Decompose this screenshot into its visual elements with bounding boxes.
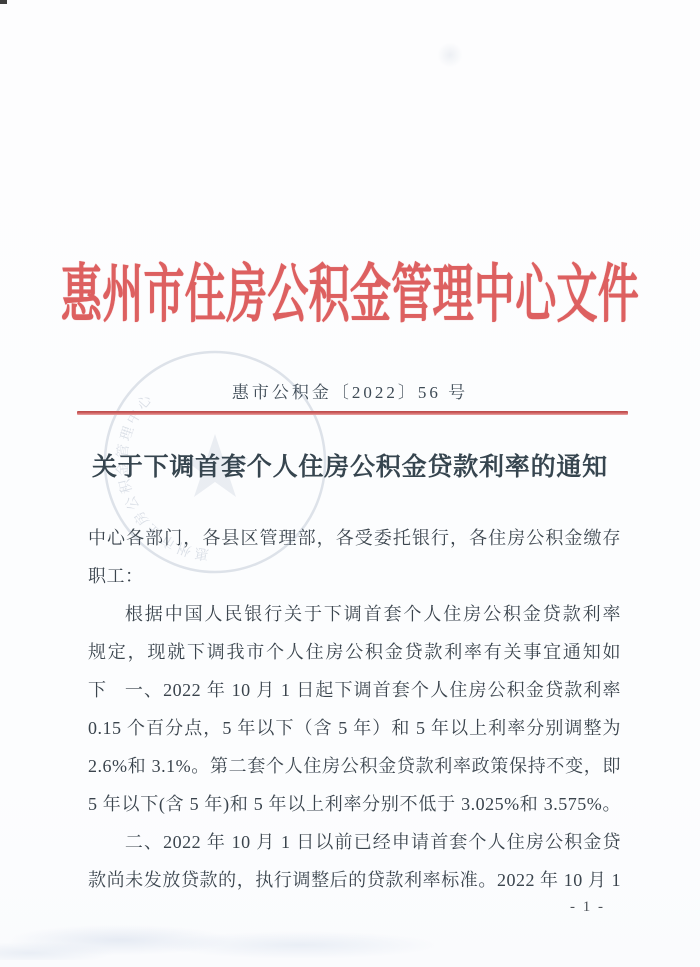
- document-number: 惠市公积金〔2022〕56 号: [0, 378, 700, 403]
- document-page: 惠州市住房公积金管理中心 惠州市住房公积金管理中心文件 惠市公积金〔2022〕5…: [0, 0, 700, 967]
- scan-corner-mark: [0, 0, 7, 4]
- body-line-intro: 根据中国人民银行关于下调首套个人住房公积金贷款利率: [88, 595, 621, 633]
- body-line-item2-2: 款尚未发放贷款的，执行调整后的贷款利率标准。2022 年 10 月 1: [88, 861, 621, 899]
- notice-title: 关于下调首套个人住房公积金贷款利率的通知: [0, 447, 700, 483]
- body-line-item1: 一、2022 年 10 月 1 日起下调首套个人住房公积金贷款利率: [88, 671, 621, 709]
- body-line-item1-3: 2.6%和 3.1%。第二套个人住房公积金贷款利率政策保持不变，即: [88, 747, 621, 785]
- page-number: - 1 -: [405, 899, 605, 916]
- scan-smudge: [430, 30, 490, 90]
- body-line-item1-2: 0.15 个百分点，5 年以下（含 5 年）和 5 年以上利率分别调整为: [88, 709, 621, 747]
- body-line-item1-4: 5 年以下(含 5 年)和 5 年以上利率分别不低于 3.025%和 3.575…: [88, 785, 621, 823]
- agency-header-title: 惠州市住房公积金管理中心文件: [0, 243, 700, 334]
- red-divider-rule: [77, 411, 628, 415]
- body-line-item2: 二、2022 年 10 月 1 日以前已经申请首套个人住房公积金贷: [88, 823, 621, 861]
- scan-bottom-mottle: [0, 915, 460, 960]
- document-body: 中心各部门，各县区管理部，各受委托银行，各住房公积金缴存 职工： 根据中国人民银…: [88, 519, 621, 899]
- body-line-salutation: 中心各部门，各县区管理部，各受委托银行，各住房公积金缴存: [88, 519, 621, 557]
- body-line-intro-2: 规定，现就下调我市个人住房公积金贷款利率有关事宜通知如下：: [88, 633, 621, 671]
- body-line-salutation-2: 职工：: [88, 557, 621, 595]
